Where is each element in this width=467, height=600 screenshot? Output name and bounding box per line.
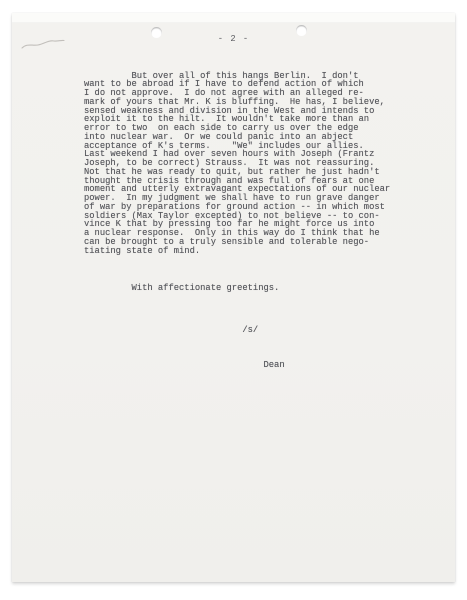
signature-mark: /s/ bbox=[84, 326, 414, 335]
letter-paragraph: But over all of this hangs Berlin. I don… bbox=[84, 72, 414, 256]
signer-name: Dean bbox=[84, 361, 414, 370]
paper-sheet: - 2 - But over all of this hangs Berlin.… bbox=[12, 13, 455, 582]
letter-line: tiating state of mind. bbox=[84, 247, 414, 256]
letter-body: But over all of this hangs Berlin. I don… bbox=[84, 54, 414, 388]
closing-line: With affectionate greetings. bbox=[84, 284, 414, 293]
scanned-letter-page: - 2 - But over all of this hangs Berlin.… bbox=[0, 0, 467, 600]
page-number: - 2 - bbox=[12, 35, 455, 44]
paper-top-edge bbox=[12, 13, 455, 23]
